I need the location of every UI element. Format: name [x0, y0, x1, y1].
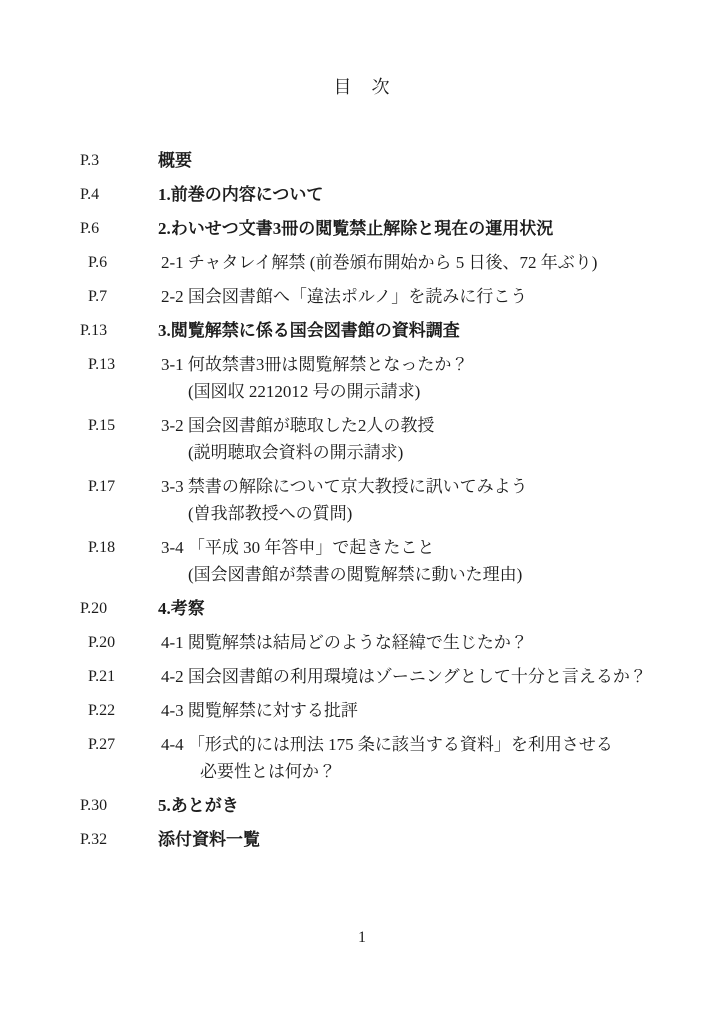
toc-entry: P.72-2 国会図書館へ「違法ポルノ」を読みに行こう — [0, 283, 724, 310]
toc-entry: P.62.わいせつ文書3冊の閲覧禁止解除と現在の運用状況 — [0, 215, 724, 242]
toc-entry-title-continuation: (曽我部教授への質問) — [0, 500, 724, 527]
toc-entry: P.224-3 閲覧解禁に対する批評 — [0, 697, 724, 724]
toc-entry: P.41.前巻の内容について — [0, 181, 724, 208]
toc-entry-title: 2-2 国会図書館へ「違法ポルノ」を読みに行こう — [0, 283, 724, 310]
toc-entry-title: 5.あとがき — [0, 792, 724, 819]
toc-page-ref: P.6 — [80, 215, 99, 242]
page-title: 目 次 — [0, 0, 724, 101]
toc-entry-title: 3.閲覧解禁に係る国会図書館の資料調査 — [0, 317, 724, 344]
toc-entry-title: 添付資料一覧 — [0, 826, 724, 853]
toc-entry-title: 1.前巻の内容について — [0, 181, 724, 208]
toc-page-ref: P.22 — [88, 697, 115, 724]
toc-entry: P.183-4 「平成 30 年答申」で起きたこと(国会図書館が禁書の閲覧解禁に… — [0, 534, 724, 588]
toc-entry: P.153-2 国会図書館が聴取した2人の教授(説明聴取会資料の開示請求) — [0, 412, 724, 466]
toc-list: P.3概要P.41.前巻の内容についてP.62.わいせつ文書3冊の閲覧禁止解除と… — [0, 147, 724, 853]
toc-entry: P.214-2 国会図書館の利用環境はゾーニングとして十分と言えるか？ — [0, 663, 724, 690]
toc-page-ref: P.20 — [80, 595, 107, 622]
toc-page-ref: P.4 — [80, 181, 99, 208]
toc-entry-title-continuation: (国会図書館が禁書の閲覧解禁に動いた理由) — [0, 561, 724, 588]
toc-page-ref: P.15 — [88, 412, 115, 439]
toc-page-ref: P.18 — [88, 534, 115, 561]
toc-entry: P.305.あとがき — [0, 792, 724, 819]
toc-page-ref: P.17 — [88, 473, 115, 500]
toc-entry: P.62-1 チャタレイ解禁 (前巻頒布開始から 5 日後、72 年ぶり) — [0, 249, 724, 276]
toc-page-ref: P.13 — [80, 317, 107, 344]
toc-entry-title: 2.わいせつ文書3冊の閲覧禁止解除と現在の運用状況 — [0, 215, 724, 242]
toc-page-ref: P.6 — [88, 249, 107, 276]
toc-entry: P.32添付資料一覧 — [0, 826, 724, 853]
toc-entry-title: 4.考察 — [0, 595, 724, 622]
toc-page-ref: P.13 — [88, 351, 115, 378]
toc-entry-title-continuation: (国図収 2212012 号の開示請求) — [0, 378, 724, 405]
toc-entry: P.173-3 禁書の解除について京大教授に訊いてみよう(曽我部教授への質問) — [0, 473, 724, 527]
toc-entry: P.204.考察 — [0, 595, 724, 622]
document-page: 目 次 P.3概要P.41.前巻の内容についてP.62.わいせつ文書3冊の閲覧禁… — [0, 0, 724, 1024]
toc-entry: P.204-1 閲覧解禁は結局どのような経緯で生じたか？ — [0, 629, 724, 656]
toc-entry-title-continuation: (説明聴取会資料の開示請求) — [0, 439, 724, 466]
toc-page-ref: P.32 — [80, 826, 107, 853]
toc-entry: P.133-1 何故禁書3冊は閲覧解禁となったか？(国図収 2212012 号の… — [0, 351, 724, 405]
toc-page-ref: P.3 — [80, 147, 99, 174]
toc-entry-title: 2-1 チャタレイ解禁 (前巻頒布開始から 5 日後、72 年ぶり) — [0, 249, 724, 276]
toc-page-ref: P.7 — [88, 283, 107, 310]
toc-entry: P.274-4 「形式的には刑法 175 条に該当する資料」を利用させる必要性と… — [0, 731, 724, 785]
toc-entry-title: 概要 — [0, 147, 724, 174]
toc-entry: P.3概要 — [0, 147, 724, 174]
toc-page-ref: P.20 — [88, 629, 115, 656]
toc-page-ref: P.30 — [80, 792, 107, 819]
toc-entry-title-continuation: 必要性とは何か？ — [0, 758, 724, 785]
toc-entry: P.133.閲覧解禁に係る国会図書館の資料調査 — [0, 317, 724, 344]
toc-page-ref: P.27 — [88, 731, 115, 758]
footer-page-number: 1 — [0, 928, 724, 948]
toc-page-ref: P.21 — [88, 663, 115, 690]
